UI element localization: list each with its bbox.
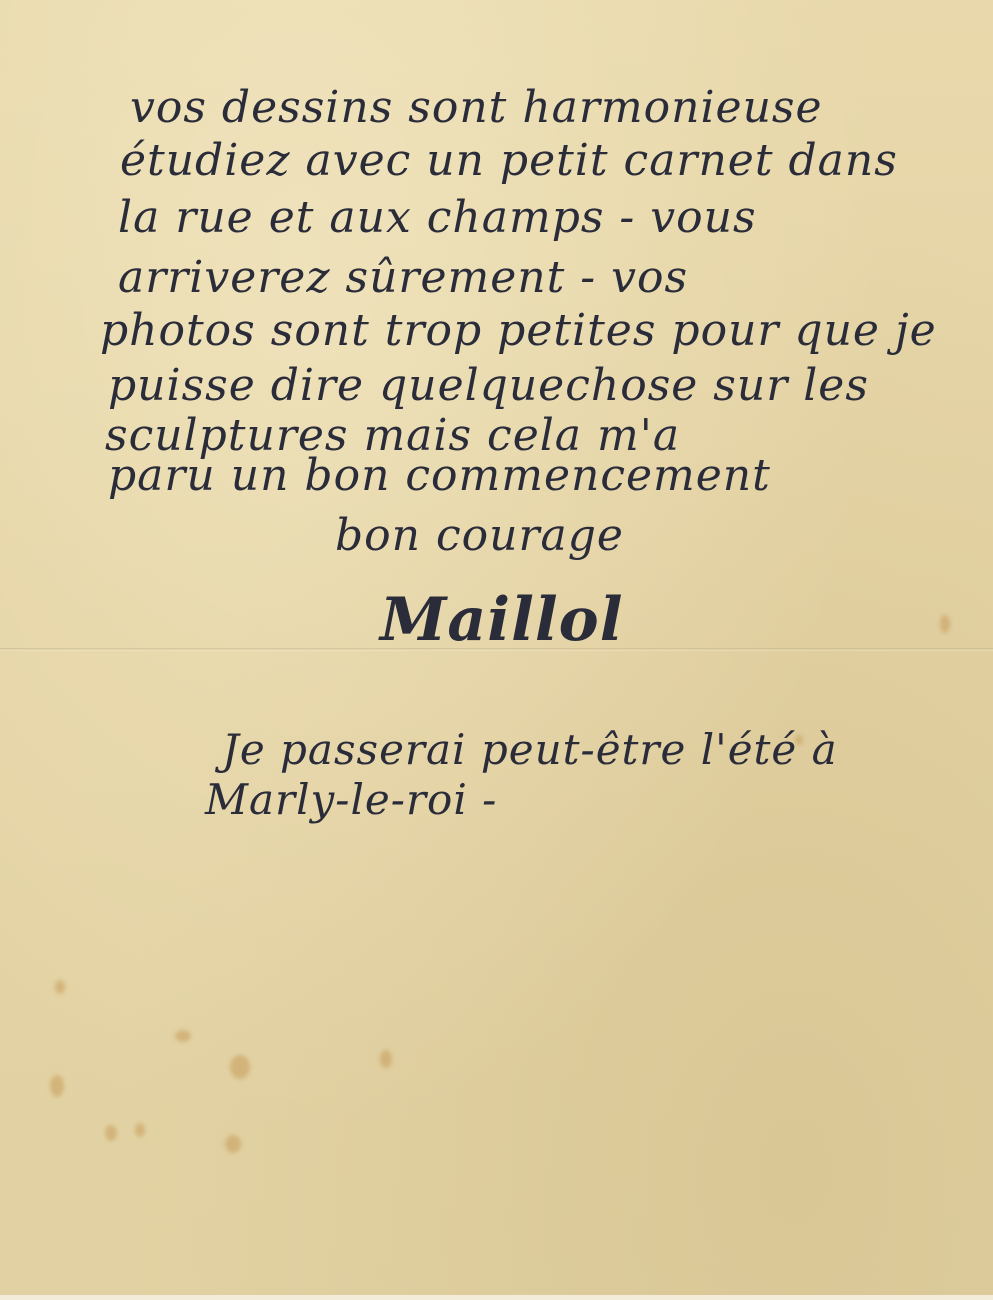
letter-line-2: étudiez avec un petit carnet dans: [120, 135, 898, 186]
letter-line-4: arriverez sûrement - vos: [118, 252, 688, 303]
foxing-stain: [940, 615, 950, 633]
postscript-line-2: Marly-le-roi -: [205, 775, 497, 824]
foxing-stain: [55, 980, 65, 994]
postscript-line-1: Je passerai peut-être l'été à: [222, 725, 838, 774]
foxing-stain: [105, 1125, 117, 1141]
letter-line-8: paru un bon commencement: [108, 450, 771, 501]
foxing-stain: [230, 1055, 250, 1079]
letter-line-5: photos sont trop petites pour que je: [100, 305, 937, 356]
paper-bottom-edge: [0, 1295, 993, 1300]
foxing-stain: [50, 1075, 64, 1097]
foxing-stain: [135, 1123, 145, 1137]
foxing-stain: [380, 1050, 392, 1068]
signature: Maillol: [380, 585, 623, 655]
foxing-stain: [225, 1135, 241, 1153]
letter-line-1: vos dessins sont harmonieuse: [130, 82, 823, 133]
letter-page: vos dessins sont harmonieuse étudiez ave…: [0, 0, 993, 1300]
letter-line-3: la rue et aux champs - vous: [118, 192, 757, 243]
closing-text: bon courage: [335, 510, 624, 561]
foxing-stain: [175, 1030, 191, 1042]
letter-line-6: puisse dire quelquechose sur les: [108, 360, 869, 411]
